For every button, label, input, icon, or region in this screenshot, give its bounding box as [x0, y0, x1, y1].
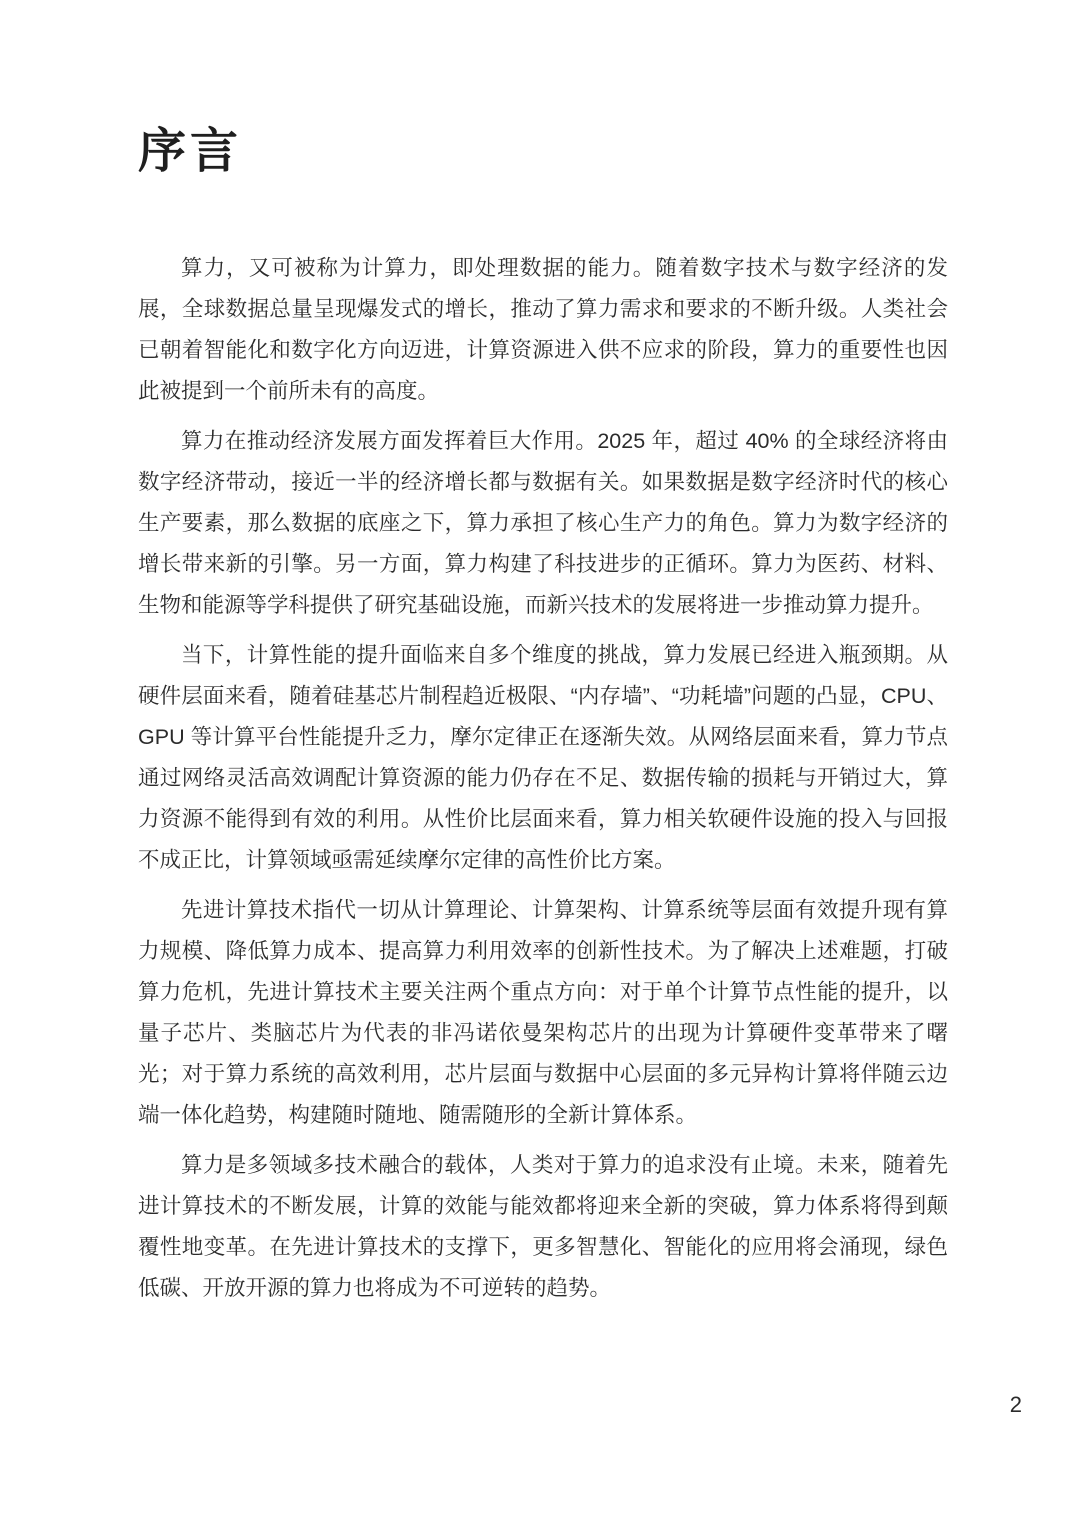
body-paragraph: 算力在推动经济发展方面发挥着巨大作用。2025 年，超过 40% 的全球经济将由… — [138, 421, 948, 626]
page-title: 序言 — [138, 112, 242, 181]
body-paragraph: 算力是多领域多技术融合的载体，人类对于算力的追求没有止境。未来，随着先进计算技术… — [138, 1145, 948, 1309]
body-paragraph: 当下，计算性能的提升面临来自多个维度的挑战，算力发展已经进入瓶颈期。从硬件层面来… — [138, 635, 948, 881]
document-body: 算力，又可被称为计算力，即处理数据的能力。随着数字技术与数字经济的发展，全球数据… — [138, 248, 948, 1318]
page-number: 2 — [1010, 1392, 1022, 1418]
body-paragraph: 先进计算技术指代一切从计算理论、计算架构、计算系统等层面有效提升现有算力规模、降… — [138, 890, 948, 1136]
body-paragraph: 算力，又可被称为计算力，即处理数据的能力。随着数字技术与数字经济的发展，全球数据… — [138, 248, 948, 412]
document-page: 序言 算力，又可被称为计算力，即处理数据的能力。随着数字技术与数字经济的发展，全… — [0, 0, 1080, 1533]
